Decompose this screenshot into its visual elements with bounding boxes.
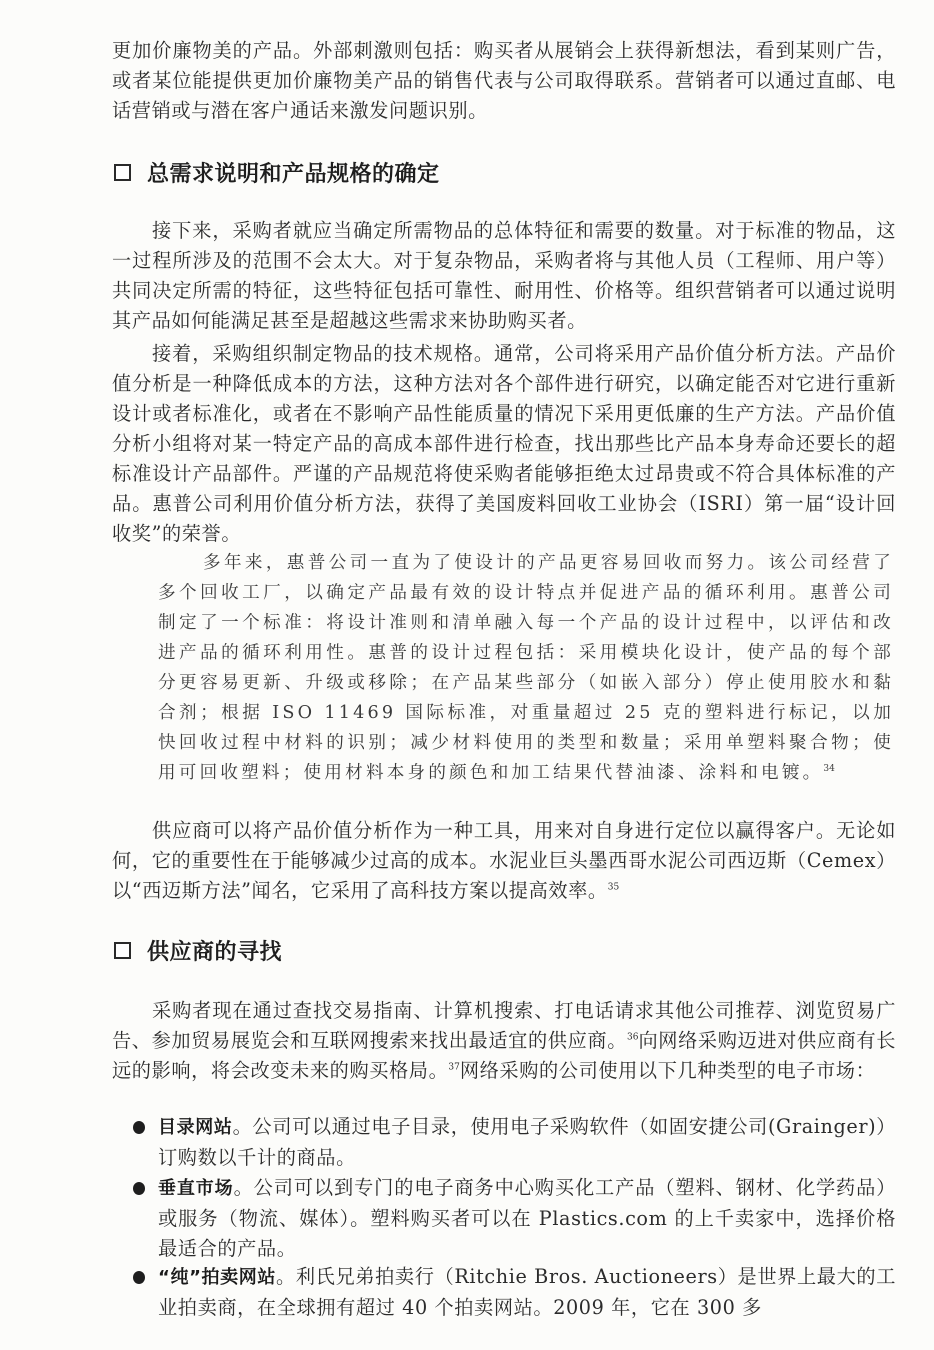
quote-text: 多年来，惠普公司一直为了使设计的产品更容易回收而努力。该公司经营了多个回收工厂，… (158, 553, 894, 783)
section-heading-text: 供应商的寻找 (147, 935, 282, 966)
section-heading-text: 总需求说明和产品规格的确定 (147, 157, 440, 188)
paragraph-text: 供应商可以将产品价值分析作为一种工具，用来对自身进行定位以赢得客户。无论如何，它… (112, 819, 896, 902)
footnote-ref: 35 (608, 883, 619, 893)
footnote-ref: 34 (823, 764, 834, 774)
bullet-text: 。公司可以通过电子目录，使用电子采购软件（如固安捷公司(Grainger)）订购… (158, 1115, 896, 1169)
bullet-icon (133, 1121, 145, 1134)
intro-paragraph: 更加价廉物美的产品。外部刺激则包括：购买者从展销会上获得新想法，看到某则广告，或… (112, 36, 896, 126)
footnote-ref: 37 (448, 1063, 459, 1073)
bullet-auction-sites: “纯”拍卖网站。利氏兄弟拍卖行（Ritchie Bros. Auctioneer… (158, 1262, 896, 1323)
section-heading-specification: 总需求说明和产品规格的确定 (114, 157, 440, 188)
section-heading-supplier-search: 供应商的寻找 (114, 935, 282, 966)
bullet-vertical-markets: 垂直市场。公司可以到专门的电子商务中心购买化工产品（塑料、钢材、化学药品）或服务… (158, 1173, 896, 1264)
bullet-term: “纯”拍卖网站 (158, 1267, 276, 1288)
paragraph-supplier-value-analysis: 供应商可以将产品价值分析作为一种工具，用来对自身进行定位以赢得客户。无论如何，它… (112, 816, 896, 906)
paragraph-product-value-analysis: 接着，采购组织制定物品的技术规格。通常，公司将采用产品价值分析方法。产品价值分析… (112, 339, 896, 549)
bullet-icon (133, 1271, 145, 1284)
hp-case-quote: 多年来，惠普公司一直为了使设计的产品更容易回收而努力。该公司经营了多个回收工厂，… (158, 548, 894, 788)
bullet-term: 目录网站 (158, 1117, 233, 1138)
bullet-term: 垂直市场 (158, 1178, 234, 1199)
book-page: 更加价廉物美的产品。外部刺激则包括：购买者从展销会上获得新想法，看到某则广告，或… (0, 0, 934, 1350)
paragraph-text: 网络采购的公司使用以下几种类型的电子市场： (460, 1059, 876, 1082)
bullet-text: 。公司可以到专门的电子商务中心购买化工产品（塑料、钢材、化学药品）或服务（物流、… (158, 1176, 896, 1260)
footnote-ref: 36 (627, 1033, 638, 1043)
bullet-icon (133, 1182, 145, 1195)
bullet-catalog-sites: 目录网站。公司可以通过电子目录，使用电子采购软件（如固安捷公司(Grainger… (158, 1112, 896, 1173)
paragraph-general-need: 接下来，采购者就应当确定所需物品的总体特征和需要的数量。对于标准的物品，这一过程… (112, 216, 896, 336)
paragraph-supplier-search: 采购者现在通过查找交易指南、计算机搜索、打电话请求其他公司推荐、浏览贸易广告、参… (112, 996, 896, 1086)
checkbox-square-icon (114, 942, 131, 959)
checkbox-square-icon (114, 164, 131, 181)
